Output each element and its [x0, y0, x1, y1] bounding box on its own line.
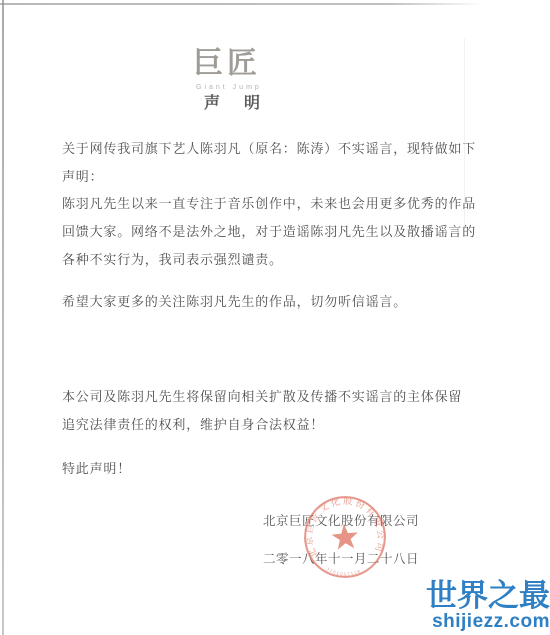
body-line: 关于网传我司旗下艺人陈羽凡（原名：陈涛）不实谣言，现特做如下 — [62, 138, 502, 157]
scan-edge-top — [0, 3, 485, 5]
watermark-title: 世界之最 — [426, 580, 550, 611]
body-line: 声明： — [62, 166, 502, 185]
body-line: 特此声明！ — [62, 458, 502, 477]
seal-number: 1101057119 — [326, 564, 362, 579]
body-line: 本公司及陈羽凡先生将保留向相关扩散及传播不实谣言的主体保留 — [62, 386, 502, 405]
scan-edge-left — [2, 0, 4, 635]
body-line: 各种不实行为，我司表示强烈谴责。 — [62, 249, 502, 268]
body-line: 陈羽凡先生以来一直专注于音乐创作中，未来也会用更多优秀的作品 — [62, 193, 502, 212]
seal-star-icon — [331, 523, 359, 550]
body-line: 回馈大家。网络不是法外之地，对于造谣陈羽凡先生以及散播谣言的 — [62, 221, 502, 240]
statement-document: 巨匠 Giant Jump 声明 关于网传我司旗下艺人陈羽凡（原名：陈涛）不实谣… — [0, 0, 550, 635]
site-watermark: 世界之最 shijiezz.com — [426, 580, 550, 631]
svg-text:1101057119: 1101057119 — [326, 564, 362, 579]
watermark-domain: shijiezz.com — [426, 612, 550, 631]
company-seal-stamp: 北京巨匠文化股份有限公司 1101057119 — [293, 485, 397, 589]
page-title: 声明 — [204, 90, 284, 113]
logo-text: 巨匠 — [193, 38, 313, 82]
company-logo: 巨匠 Giant Jump — [193, 38, 313, 91]
body-line: 追究法律责任的权利，维护自身合法权益！ — [62, 414, 502, 433]
body-line: 希望大家更多的关注陈羽凡先生的作品，切勿听信谣言。 — [62, 291, 502, 310]
